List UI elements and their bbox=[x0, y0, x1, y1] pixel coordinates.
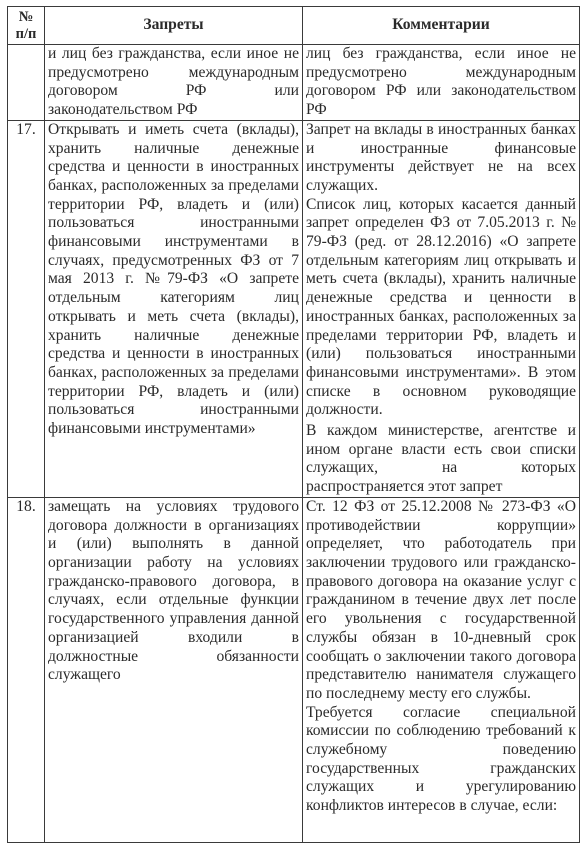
comment-cell: лиц без гражданства, если иное не предус… bbox=[303, 45, 580, 121]
comment-text: Ст. 12 ФЗ от 25.12.2008 № 273-ФЗ «О прот… bbox=[306, 498, 576, 704]
comment-text: Запрет на вклады в иностранных банках и … bbox=[306, 121, 576, 196]
ban-cell: и лиц без гражданства, если иное не пред… bbox=[45, 45, 303, 121]
bans-table: №п/п Запреты Комментарии и лиц без гражд… bbox=[7, 6, 580, 843]
ban-cell: замещать на условиях трудового договора … bbox=[45, 497, 303, 842]
column-header-comments: Комментарии bbox=[303, 7, 580, 45]
comment-text: Требуется согласие специальной комиссии … bbox=[306, 704, 576, 816]
comment-cell: Ст. 12 ФЗ от 25.12.2008 № 273-ФЗ «О прот… bbox=[303, 497, 580, 842]
table-row: 18. замещать на условиях трудового догов… bbox=[8, 497, 580, 842]
table-header-row: №п/п Запреты Комментарии bbox=[8, 7, 580, 45]
ban-text: Открывать и иметь счета (вклады), хранит… bbox=[48, 121, 299, 439]
row-number: 18. bbox=[8, 497, 45, 842]
ban-cell: Открывать и иметь счета (вклады), хранит… bbox=[45, 120, 303, 497]
ban-text: и лиц без гражданства, если иное не пред… bbox=[48, 45, 299, 120]
column-header-number: №п/п bbox=[8, 7, 45, 45]
comment-cell: Запрет на вклады в иностранных банках и … bbox=[303, 120, 580, 497]
ban-text: замещать на условиях трудового договора … bbox=[48, 498, 299, 685]
comment-text: Список лиц, которых касается данный запр… bbox=[306, 196, 576, 420]
table-row: и лиц без гражданства, если иное не пред… bbox=[8, 45, 580, 121]
row-number: 17. bbox=[8, 120, 45, 497]
comment-text: В каждом министерстве, агентстве и ином … bbox=[306, 422, 576, 497]
row-number bbox=[8, 45, 45, 121]
comment-text: лиц без гражданства, если иное не предус… bbox=[306, 45, 576, 120]
column-header-bans: Запреты bbox=[45, 7, 303, 45]
table-row: 17. Открывать и иметь счета (вклады), хр… bbox=[8, 120, 580, 497]
